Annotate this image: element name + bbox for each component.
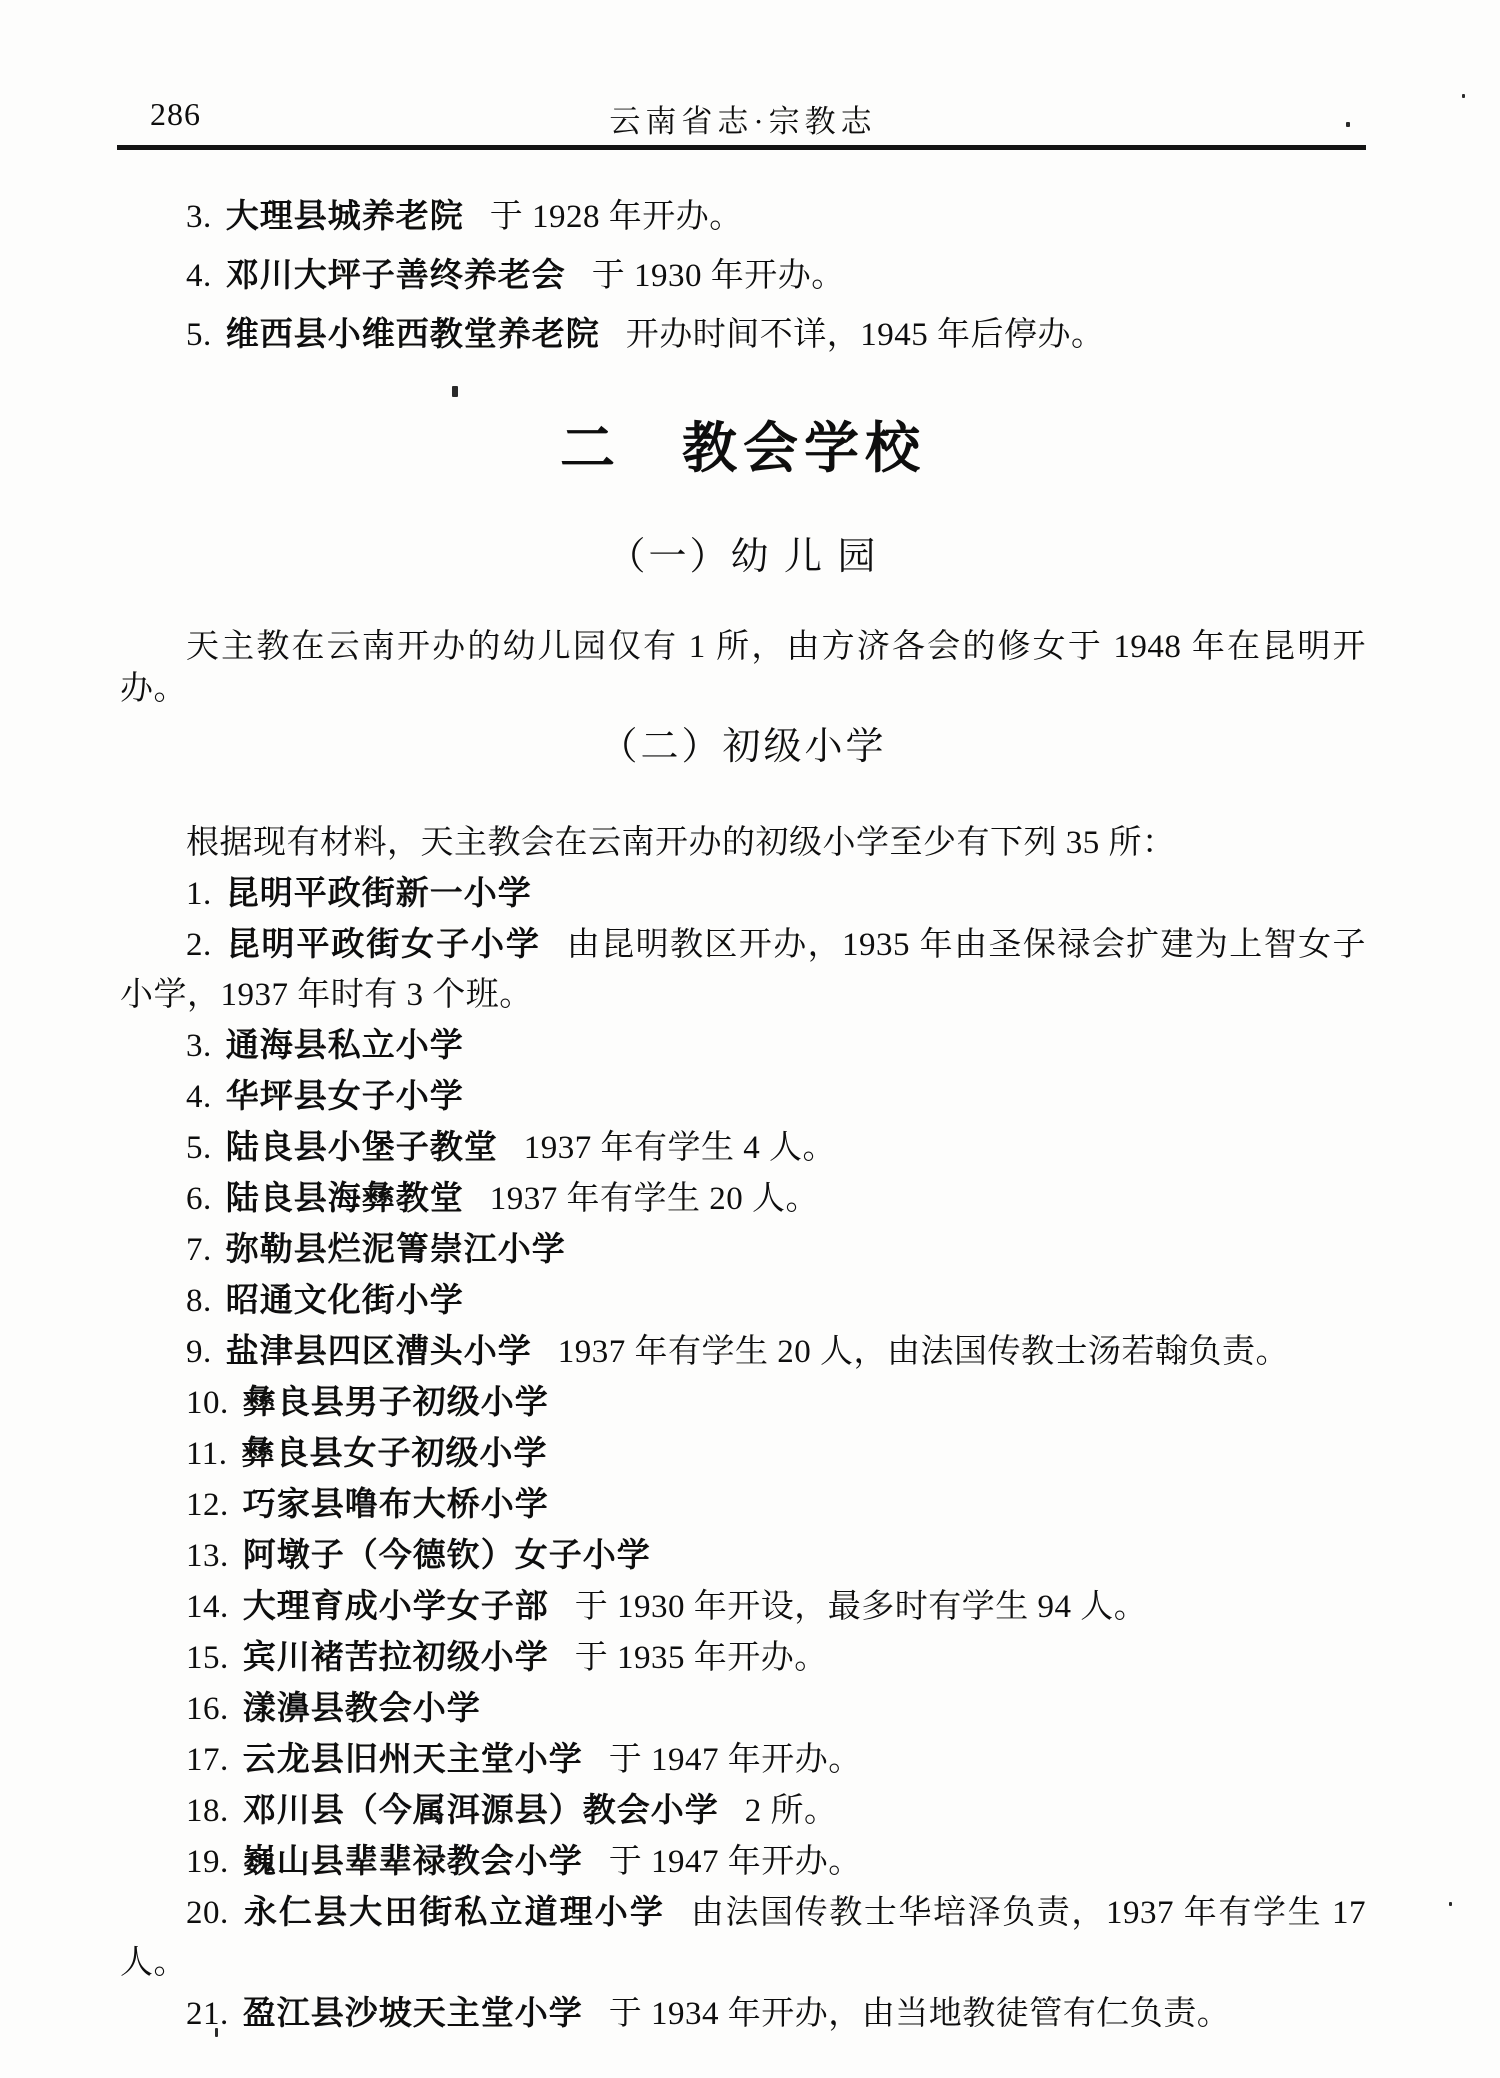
school-detail: 1937 年有学生 20 人。 [490,1181,819,1217]
school-name: 阿墩子（今德钦）女子小学 [243,1535,651,1574]
school-name: 华坪县女子小学 [226,1076,464,1115]
school-detail: 于 1947 年开办。 [609,1844,862,1880]
scan-speck [1449,1902,1452,1906]
item-number: 21. [186,1996,229,2032]
school-detail: 于 1947 年开办。 [609,1742,862,1778]
item-number: 7. [186,1232,212,1268]
school-detail: 于 1935 年开办。 [575,1640,828,1676]
school-name: 彝良县女子初级小学 [242,1433,548,1472]
school-list-item: 11.彝良县女子初级小学 [120,1428,1366,1479]
school-name: 彝良县男子初级小学 [243,1382,549,1421]
item-number: 6. [186,1181,212,1217]
school-list-item: 6.陆良县海彝教堂1937 年有学生 20 人。 [120,1173,1366,1224]
school-name: 宾川褚苦拉初级小学 [243,1637,549,1676]
item-number: 9. [186,1334,212,1370]
item-number: 8. [186,1283,212,1319]
item-number: 10. [186,1385,229,1421]
item-number: 16. [186,1691,229,1727]
school-list-item: 3.通海县私立小学 [120,1020,1366,1071]
school-name: 通海县私立小学 [226,1025,464,1064]
school-list-item: 15.宾川褚苦拉初级小学于 1935 年开办。 [120,1632,1366,1683]
school-list-item: 4.华坪县女子小学 [120,1071,1366,1122]
school-detail: 1937 年有学生 4 人。 [524,1130,836,1166]
school-name: 陆良县小堡子教堂 [226,1127,498,1166]
item-number: 5. [186,317,212,353]
school-list-item: 2.昆明平政街女子小学由昆明教区开办，1935 年由圣保禄会扩建为上智女子小学，… [120,919,1366,1020]
scan-speck [1346,122,1350,127]
item-number: 5. [186,1130,212,1166]
school-list-item: 12.巧家县噜布大桥小学 [120,1479,1366,1530]
section-title: 二 教会学校 [120,415,1366,481]
running-title: 云南省志·宗教志 [120,96,1366,141]
kindergarten-paragraph-block: 天主教在云南开办的幼儿园仅有 1 所，由方济各会的修女于 1948 年在昆明开办… [120,626,1366,710]
kindergarten-paragraph: 天主教在云南开办的幼儿园仅有 1 所，由方济各会的修女于 1948 年在昆明开办… [120,626,1366,710]
primary-school-list: 根据现有材料，天主教会在云南开办的初级小学至少有下列 35 所： 1.昆明平政街… [120,818,1366,2039]
school-name: 昆明平政街新一小学 [226,873,532,912]
nursing-home-item: 3.大理县城养老院于 1928 年开办。 [120,187,1366,246]
item-number: 4. [186,258,212,294]
school-name: 云龙县旧州天主堂小学 [243,1739,583,1778]
nursing-home-list: 3.大理县城养老院于 1928 年开办。 4.邓川大坪子善终养老会于 1930 … [120,187,1366,364]
nursing-home-name: 大理县城养老院 [226,196,464,235]
item-number: 19. [186,1844,229,1880]
school-list-item: 1.昆明平政街新一小学 [120,868,1366,919]
item-number: 3. [186,199,212,235]
school-name: 陆良县海彝教堂 [226,1178,464,1217]
school-name: 昆明平政街女子小学 [226,924,541,963]
school-detail: 1937 年有学生 20 人，由法国传教士汤若翰负责。 [558,1334,1289,1370]
school-name: 昭通文化街小学 [226,1280,464,1319]
school-list-item: 18.邓川县（今属洱源县）教会小学2 所。 [120,1785,1366,1836]
scan-speck [215,2028,218,2037]
school-name: 永仁县大田街私立道理小学 [243,1892,665,1931]
nursing-home-item: 5.维西县小维西教堂养老院开办时间不详，1945 年后停办。 [120,305,1366,364]
item-number: 12. [186,1487,229,1523]
school-list-item: 14.大理育成小学女子部于 1930 年开设，最多时有学生 94 人。 [120,1581,1366,1632]
item-number: 2. [186,927,212,963]
book-page: 286 云南省志·宗教志 3.大理县城养老院于 1928 年开办。 4.邓川大坪… [0,0,1500,2078]
school-list-item: 10.彝良县男子初级小学 [120,1377,1366,1428]
item-number: 13. [186,1538,229,1574]
item-number: 11. [186,1436,228,1472]
nursing-home-item: 4.邓川大坪子善终养老会于 1930 年开办。 [120,246,1366,305]
school-name: 邓川县（今属洱源县）教会小学 [243,1790,719,1829]
school-name: 漾濞县教会小学 [243,1688,481,1727]
school-list-item: 13.阿墩子（今德钦）女子小学 [120,1530,1366,1581]
nursing-home-detail: 开办时间不详，1945 年后停办。 [626,317,1105,353]
header-rule [117,145,1366,150]
item-number: 3. [186,1028,212,1064]
subsection-heading-kindergarten: （一）幼 儿 园 [120,534,1366,580]
item-number: 15. [186,1640,229,1676]
school-list-item: 7.弥勒县烂泥箐崇江小学 [120,1224,1366,1275]
school-list-item: 8.昭通文化街小学 [120,1275,1366,1326]
school-list-item: 5.陆良县小堡子教堂1937 年有学生 4 人。 [120,1122,1366,1173]
school-name: 大理育成小学女子部 [243,1586,549,1625]
nursing-home-name: 维西县小维西教堂养老院 [226,314,600,353]
item-number: 20. [186,1895,229,1931]
school-list-item: 20.永仁县大田街私立道理小学由法国传教士华培泽负责，1937 年有学生 17 … [120,1887,1366,1988]
school-detail: 于 1930 年开设，最多时有学生 94 人。 [575,1589,1148,1625]
school-list-item: 19.巍山县辈辈禄教会小学于 1947 年开办。 [120,1836,1366,1887]
nursing-home-name: 邓川大坪子善终养老会 [226,255,566,294]
primary-intro-paragraph: 根据现有材料，天主教会在云南开办的初级小学至少有下列 35 所： [120,818,1366,868]
school-list-item: 16.漾濞县教会小学 [120,1683,1366,1734]
item-number: 4. [186,1079,212,1115]
item-number: 18. [186,1793,229,1829]
school-name: 巧家县噜布大桥小学 [243,1484,549,1523]
school-list-item: 9.盐津县四区漕头小学1937 年有学生 20 人，由法国传教士汤若翰负责。 [120,1326,1366,1377]
school-detail: 于 1934 年开办，由当地教徒管有仁负责。 [609,1996,1231,2032]
scan-speck [1462,94,1465,98]
school-list-item: 17.云龙县旧州天主堂小学于 1947 年开办。 [120,1734,1366,1785]
school-name: 巍山县辈辈禄教会小学 [243,1841,583,1880]
nursing-home-detail: 于 1928 年开办。 [490,199,743,235]
school-detail: 2 所。 [745,1793,838,1829]
subsection-heading-primary: （二）初级小学 [120,724,1366,770]
school-name: 盐津县四区漕头小学 [226,1331,532,1370]
school-list-item: 21.盈江县沙坡天主堂小学于 1934 年开办，由当地教徒管有仁负责。 [120,1988,1366,2039]
school-name: 盈江县沙坡天主堂小学 [243,1993,583,2032]
item-number: 1. [186,876,212,912]
scan-speck [452,386,458,397]
item-number: 14. [186,1589,229,1625]
school-name: 弥勒县烂泥箐崇江小学 [226,1229,566,1268]
item-number: 17. [186,1742,229,1778]
nursing-home-detail: 于 1930 年开办。 [592,258,845,294]
